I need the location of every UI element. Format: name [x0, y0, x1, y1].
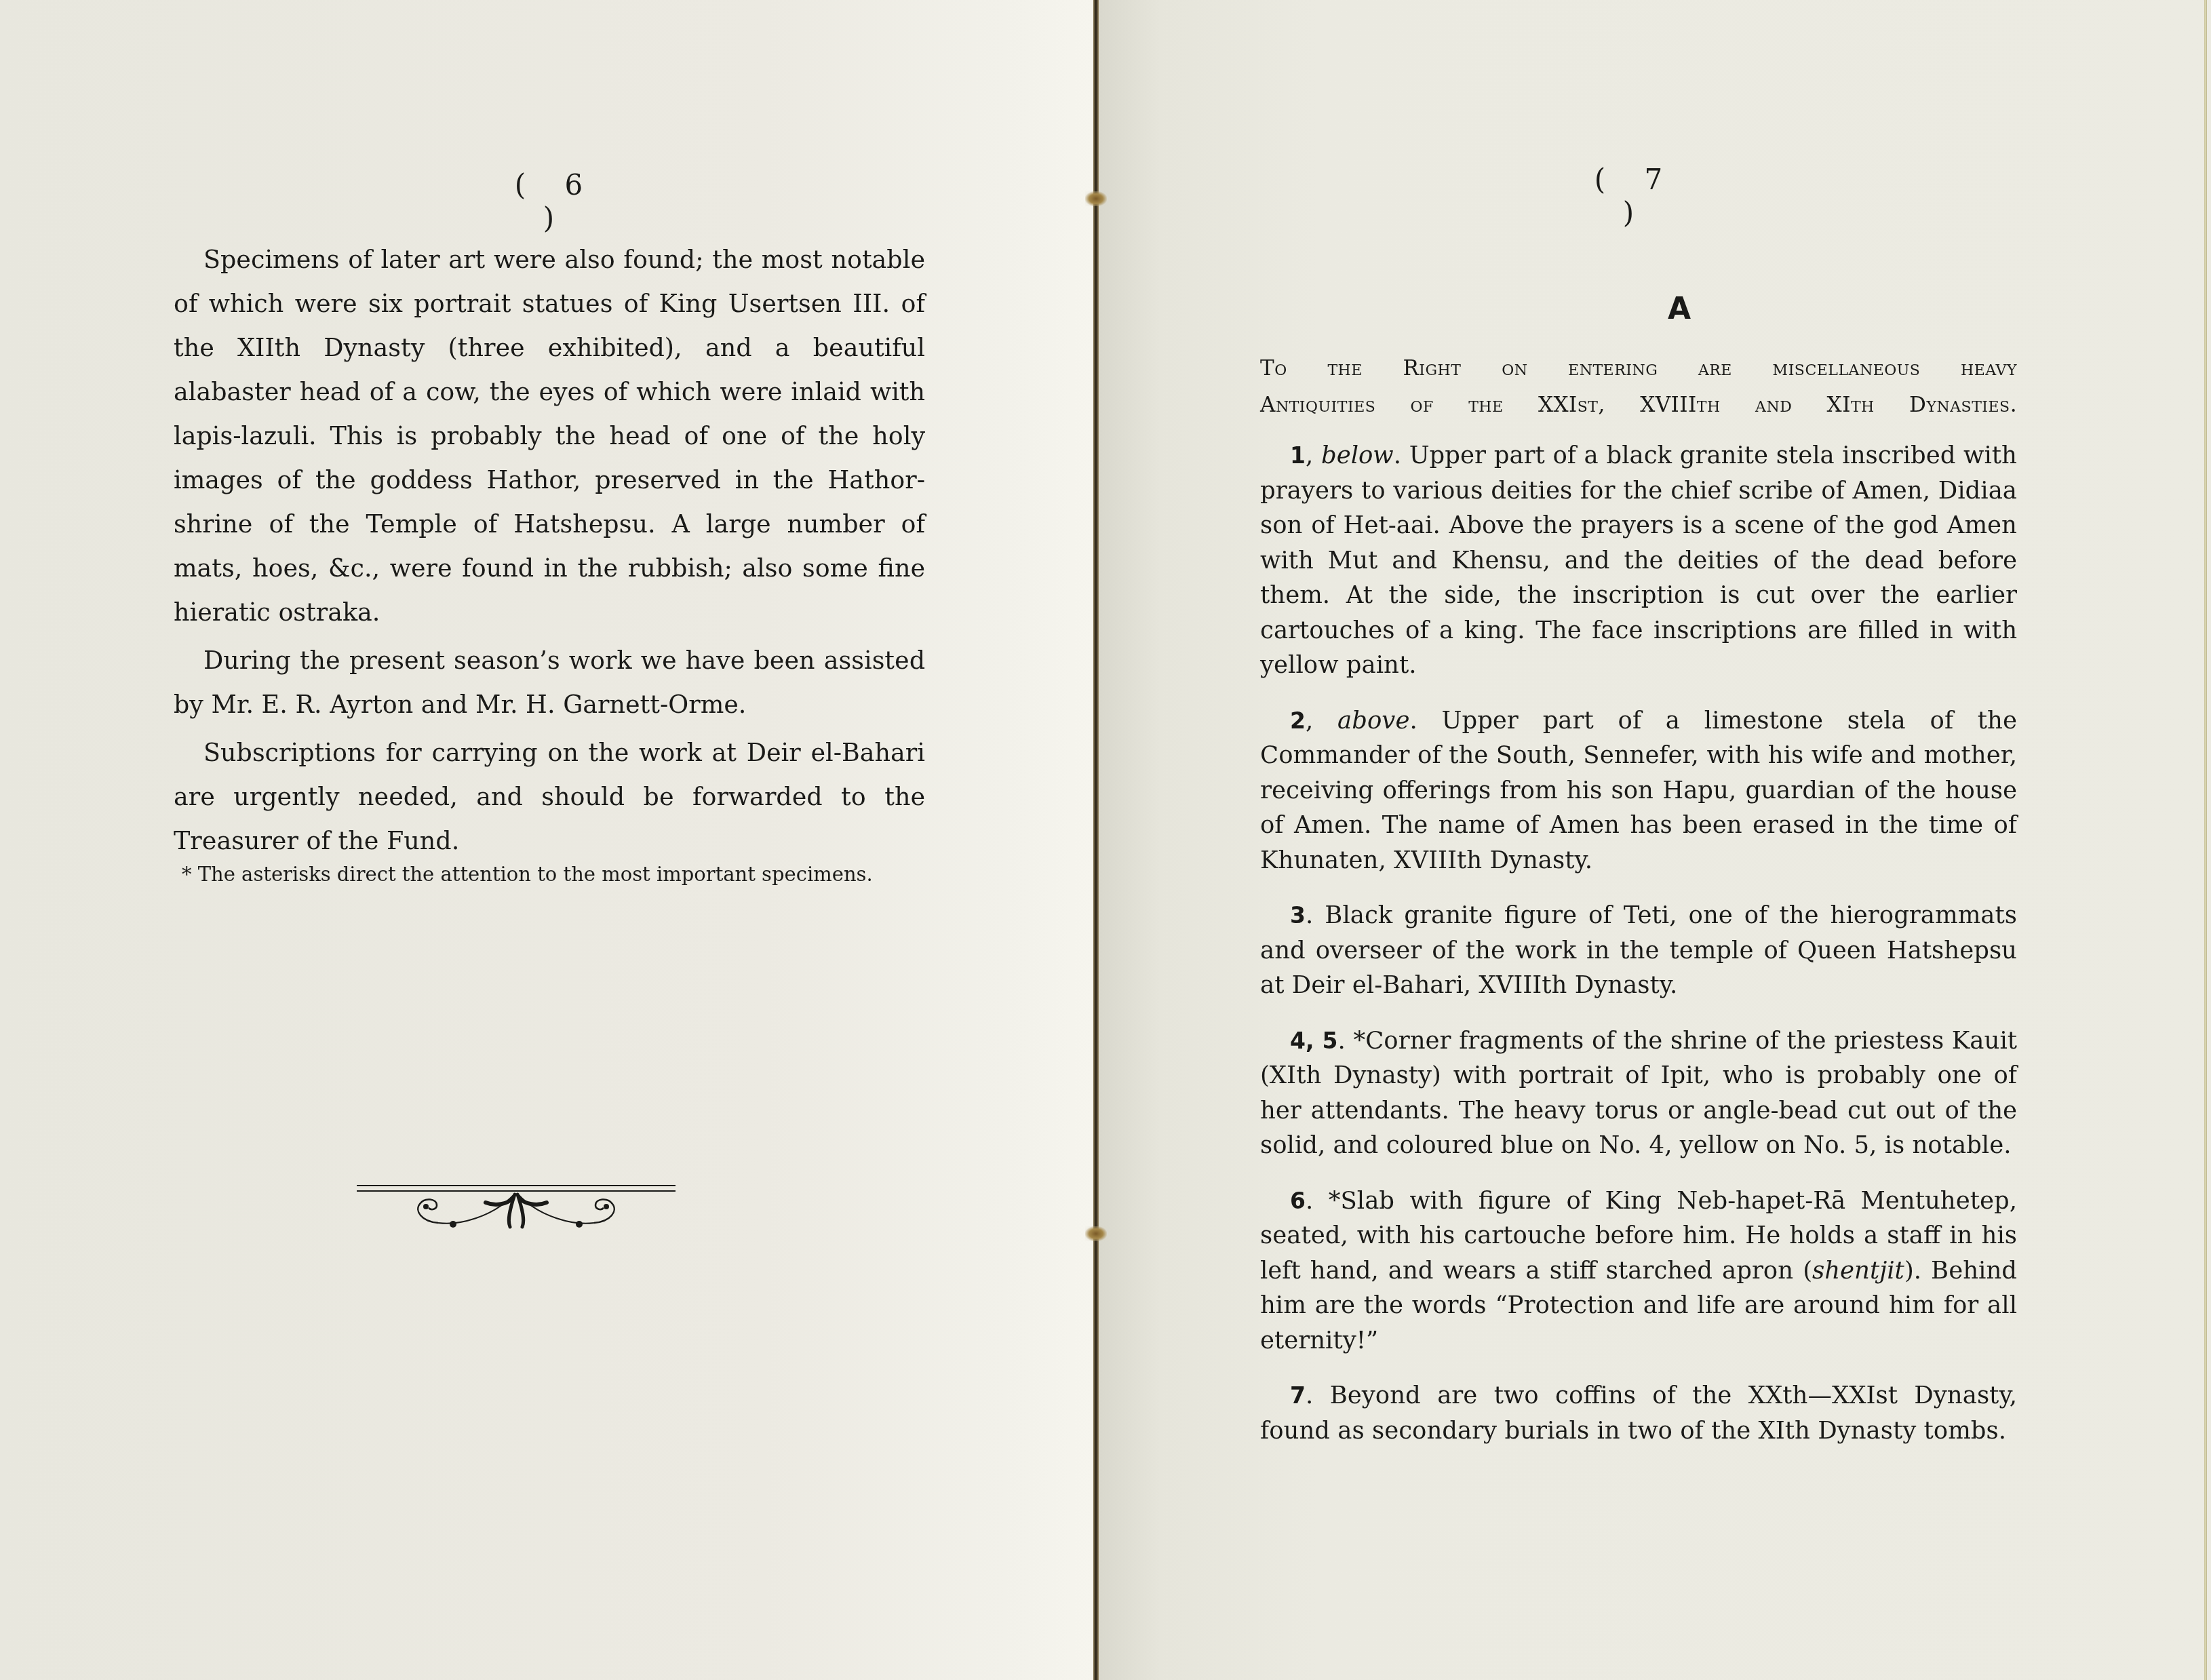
entry-italic-term: shentjit: [1812, 1257, 1904, 1285]
entry-number: 1: [1290, 442, 1306, 469]
page-edge: [2204, 0, 2207, 1680]
entry-number: 6: [1290, 1188, 1306, 1214]
asterisk-footnote: * The asterisks direct the attention to …: [174, 857, 925, 892]
entry-text: *Corner fragments of the shrine of the p…: [1260, 1027, 2017, 1160]
paragraph-subscriptions: Subscriptions for carrying on the work a…: [174, 730, 925, 863]
section-heading: To the Right on entering are miscellaneo…: [1260, 350, 2017, 423]
catalogue-entries: 1, below. Upper part of a black granite …: [1260, 438, 2017, 1468]
catalogue-entry-7: 7. Beyond are two coffins of the XXth—XX…: [1260, 1378, 2017, 1448]
catalogue-entry-2: 2, above. Upper part of a limestone stel…: [1260, 703, 2017, 878]
book-binding-gutter: [1093, 0, 1099, 1680]
entry-text: Upper part of a black granite stela insc…: [1260, 442, 2017, 679]
entry-qualifier: above: [1337, 707, 1409, 735]
entry-text: Black granite figure of Teti, one of the…: [1260, 901, 2017, 999]
entry-qualifier: below: [1321, 442, 1394, 469]
left-page: ( 6 ) Specimens of later art were also f…: [0, 0, 1093, 1680]
paragraph-assistants: During the present season’s work we have…: [174, 638, 925, 726]
entry-number: 3: [1290, 902, 1306, 929]
fleuron-divider-icon: [357, 1184, 676, 1238]
section-letter: A: [1093, 292, 2211, 326]
catalogue-entry-1: 1, below. Upper part of a black granite …: [1260, 438, 2017, 683]
entry-number: 7: [1290, 1382, 1306, 1409]
catalogue-entry-3: 3. Black granite figure of Teti, one of …: [1260, 898, 2017, 1003]
entry-number: 4, 5: [1290, 1028, 1337, 1054]
catalogue-entry-6: 6. *Slab with figure of King Neb-hapet-R…: [1260, 1184, 2017, 1359]
binding-stitch-icon: [1085, 1226, 1107, 1241]
page-number-left: ( 6 ): [502, 168, 610, 235]
book-spread: ( 6 ) Specimens of later art were also f…: [0, 0, 2211, 1680]
entry-text: Beyond are two coffins of the XXth—XXIst…: [1260, 1382, 2017, 1445]
left-body-text: Specimens of later art were also found; …: [174, 237, 925, 863]
heading-line-2: Antiquities of the XXIst, XVIIIth and XI…: [1260, 387, 2017, 423]
binding-stitch-icon: [1085, 191, 1107, 206]
paragraph-specimens: Specimens of later art were also found; …: [174, 237, 925, 634]
right-page: ( 7 ) A To the Right on entering are mis…: [1093, 0, 2211, 1680]
page-number-right: ( 7 ): [1582, 163, 1690, 229]
catalogue-entry-4-5: 4, 5. *Corner fragments of the shrine of…: [1260, 1023, 2017, 1163]
heading-line-1: To the Right on entering are miscellaneo…: [1260, 350, 2017, 387]
entry-number: 2: [1290, 707, 1306, 734]
